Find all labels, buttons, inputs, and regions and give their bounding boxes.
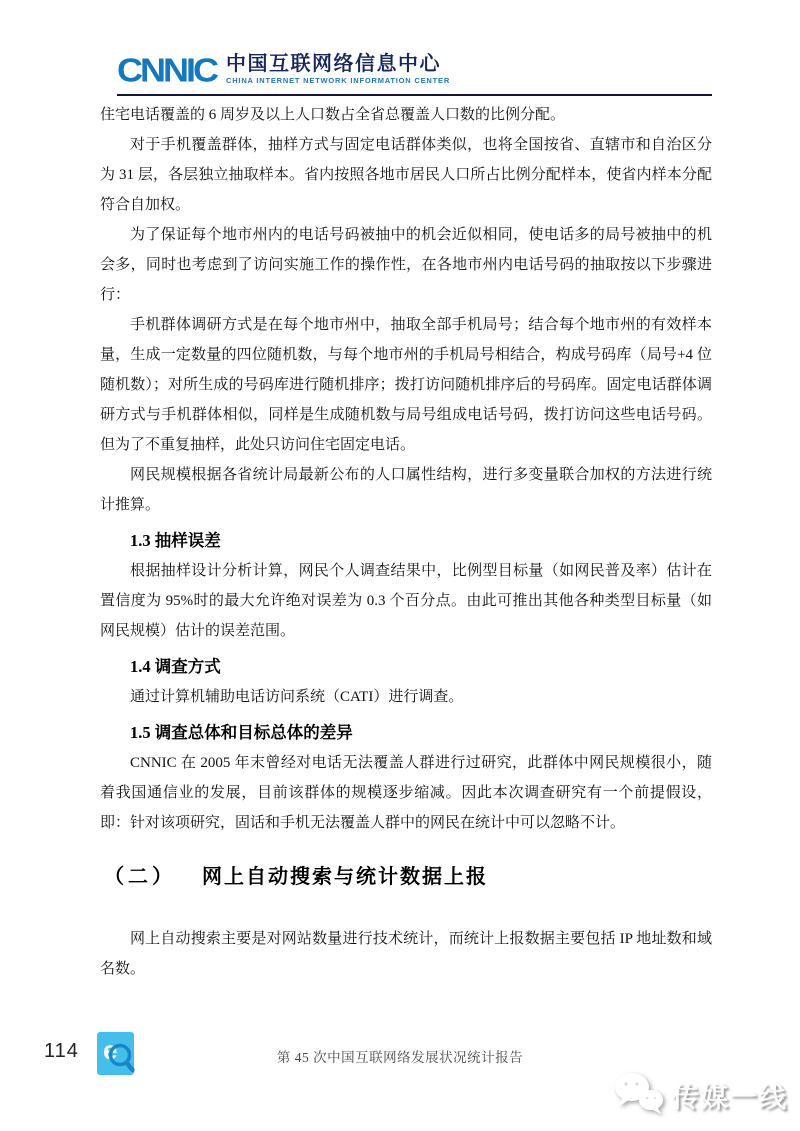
watermark-text: 传媒一线 [672,1076,788,1115]
watermark: 传媒一线 [612,1070,788,1121]
paragraph: 为了保证每个地市州内的电话号码被抽中的机会近似相同，使电话多的局号被抽中的机会多… [100,220,712,310]
org-title-block: 中国互联网络信息中心 CHINA INTERNET NETWORK INFORM… [226,53,450,86]
section-title: 网上自动搜索与统计数据上报 [202,866,488,888]
cnnic-logo: CNNIC [117,55,216,86]
report-page: CNNIC 中国互联网络信息中心 CHINA INTERNET NETWORK … [0,0,800,1131]
paragraph: 网上自动搜索主要是对网站数量进行技术统计，而统计上报数据主要包括 IP 地址数和… [100,924,712,984]
paragraph: 手机群体调研方式是在每个地市州中，抽取全部手机局号；结合每个地市州的有效样本量，… [100,310,712,460]
page-header: CNNIC 中国互联网络信息中心 CHINA INTERNET NETWORK … [117,52,712,96]
section-number: （二） [104,866,176,888]
org-name-english: CHINA INTERNET NETWORK INFORMATION CENTE… [226,76,450,85]
paragraph: CNNIC 在 2005 年末曾经对电话无法覆盖人群进行过研究，此群体中网民规模… [100,748,712,838]
report-title: 第 45 次中国互联网络发展状况统计报告 [0,1046,800,1066]
document-body: 住宅电话覆盖的 6 周岁及以上人口数占全省总覆盖人口数的比例分配。 对于手机覆盖… [100,100,712,984]
paragraph: 对于手机覆盖群体，抽样方式与固定电话群体类似，也将全国按省、直辖市和自治区分为 … [100,130,712,220]
org-name-chinese: 中国互联网络信息中心 [226,53,450,75]
paragraph: 网民规模根据各省统计局最新公布的人口属性结构，进行多变量联合加权的方法进行统计推… [100,460,712,520]
wechat-bubbles-icon [612,1070,666,1121]
paragraph: 通过计算机辅助电话访问系统（CATI）进行调查。 [100,682,712,712]
heading-1-5-population-difference: 1.5 调查总体和目标总体的差异 [100,718,712,748]
paragraph: 根据抽样设计分析计算，网民个人调查结果中，比例型目标量（如网民普及率）估计在置信… [100,556,712,646]
heading-section-2-online-search: （二）网上自动搜索与统计数据上报 [104,860,712,894]
heading-1-3-sampling-error: 1.3 抽样误差 [100,526,712,556]
paragraph: 住宅电话覆盖的 6 周岁及以上人口数占全省总覆盖人口数的比例分配。 [100,100,712,130]
heading-1-4-survey-method: 1.4 调查方式 [100,652,712,682]
